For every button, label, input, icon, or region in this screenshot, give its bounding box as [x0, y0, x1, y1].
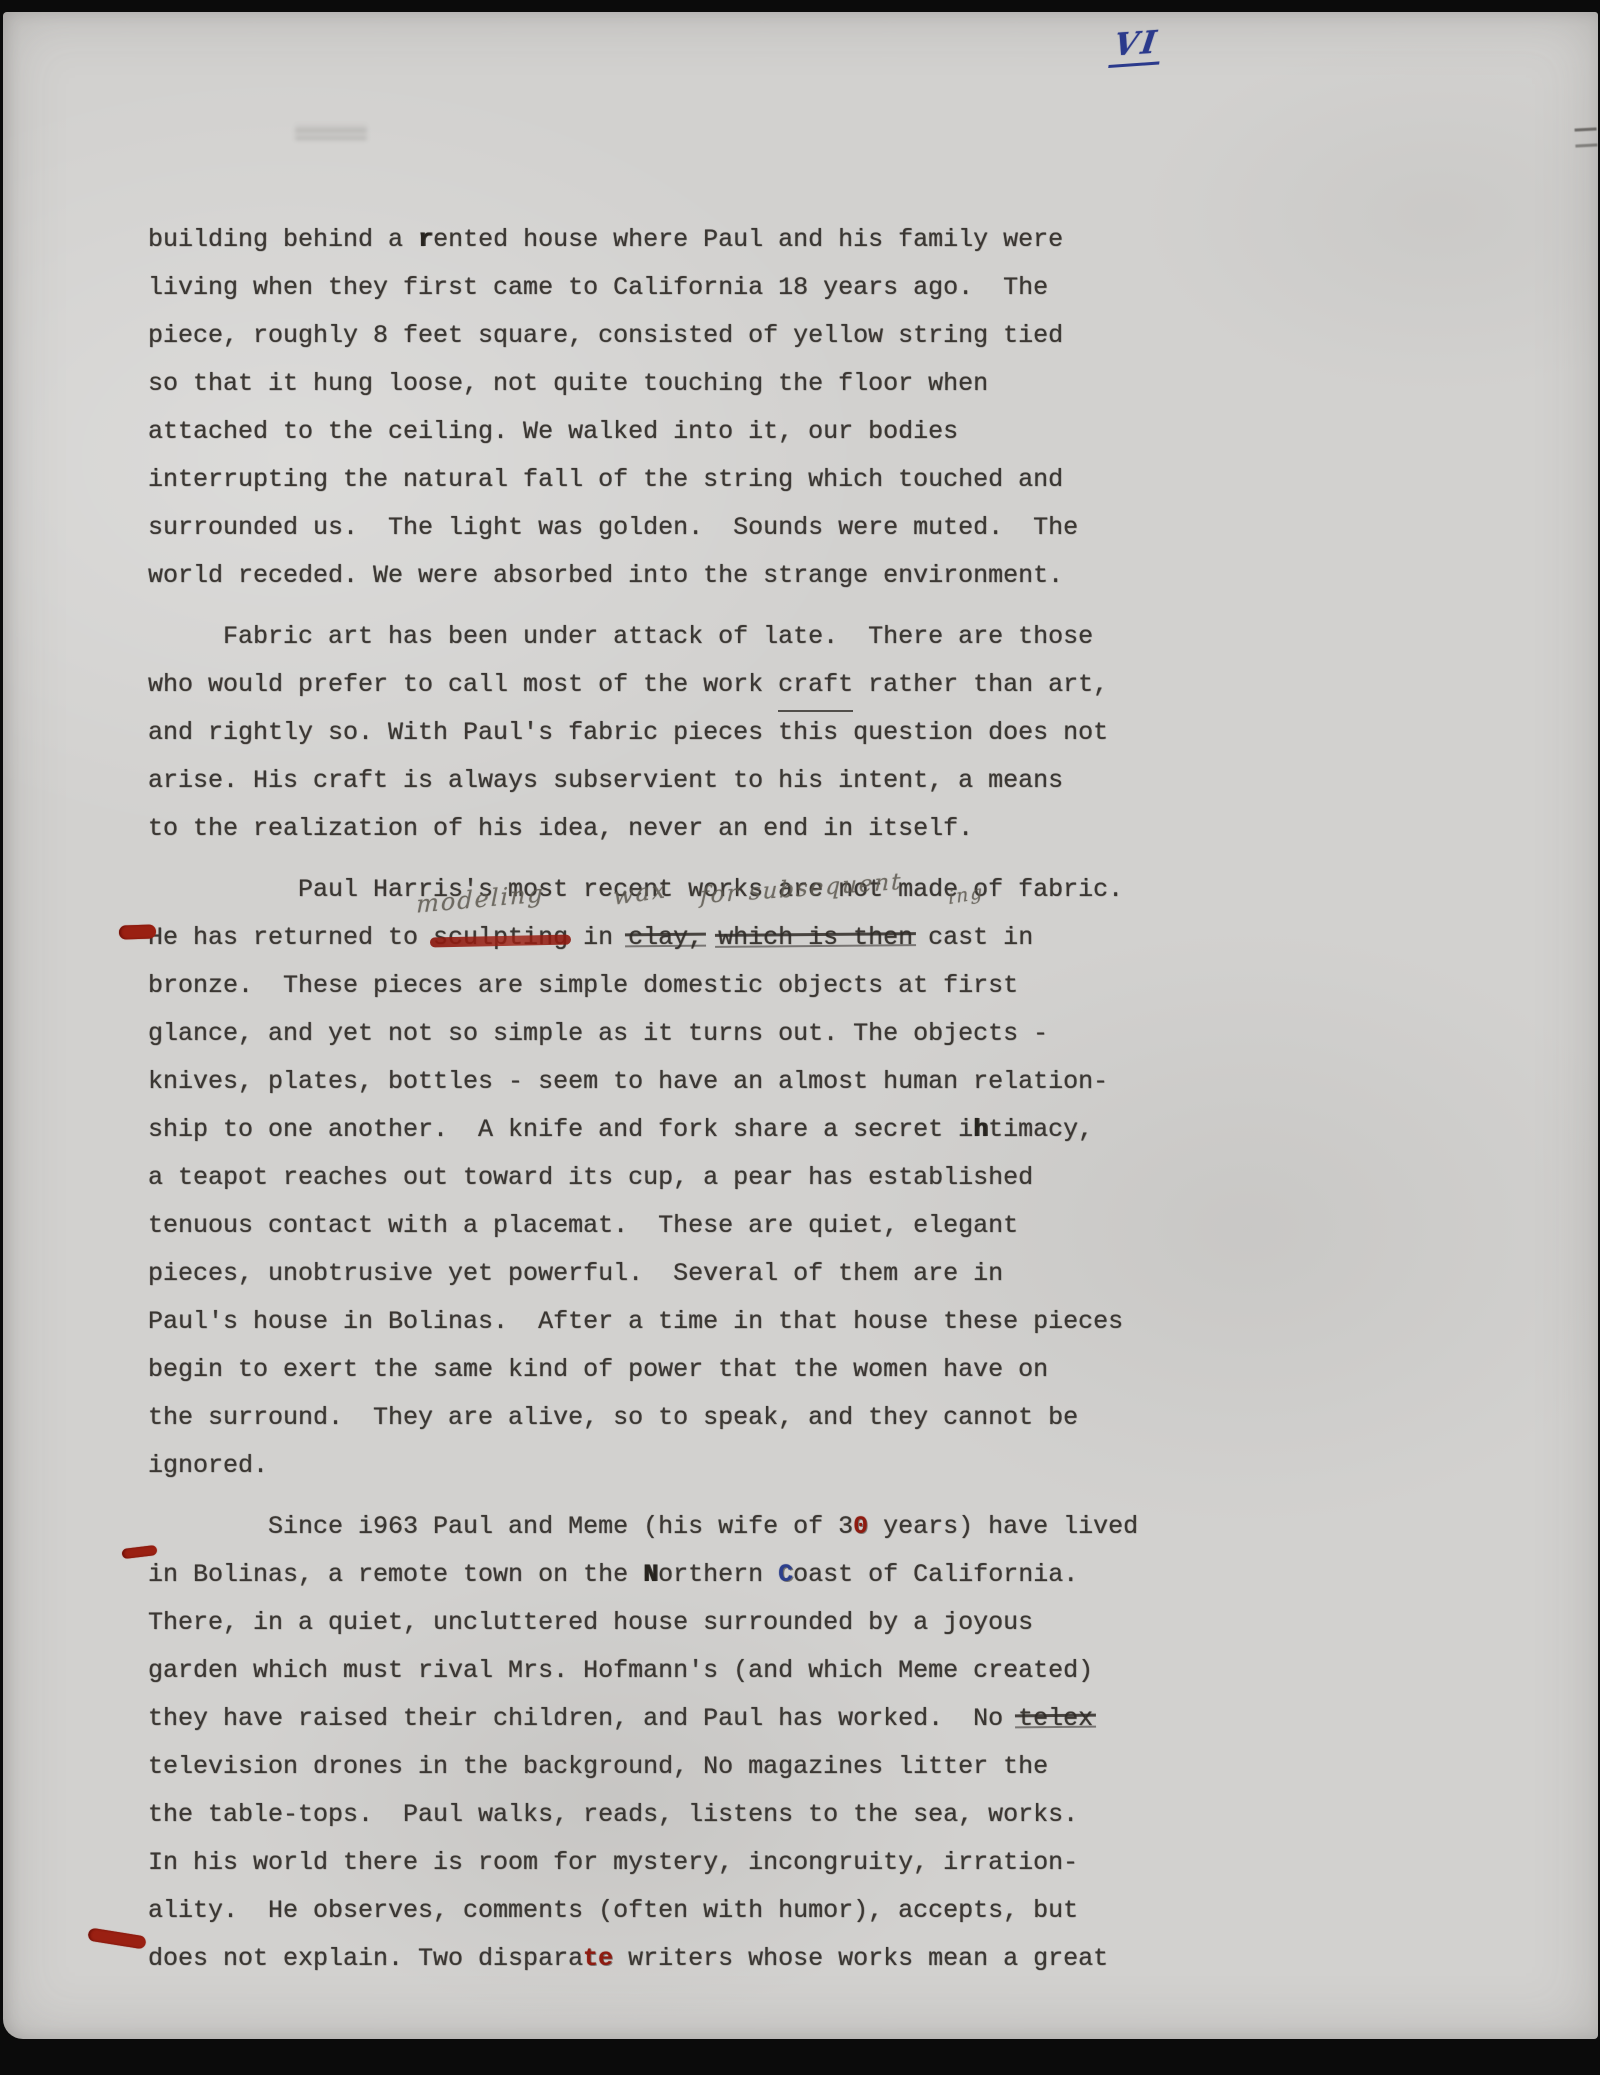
typed-text: Fabric art has been under attack of late… — [148, 613, 1093, 661]
typed-text: ented house where Paul and his family we… — [433, 216, 1063, 264]
typed-text: in — [568, 914, 628, 962]
overtyped-char: h — [973, 1106, 988, 1154]
scanned-typescript-page: { "annotations": { "page_number": "VI" }… — [0, 0, 1600, 2075]
typed-text: cast in — [913, 914, 1033, 962]
typed-text: begin to exert the same kind of power th… — [148, 1346, 1048, 1394]
typed-text: in Bolinas, a remote town on the — [148, 1551, 643, 1599]
overtyped-char: r — [418, 216, 433, 264]
red-overwrite: 0 — [853, 1503, 868, 1551]
typed-text: tenuous contact with a placemat. These a… — [148, 1202, 1018, 1250]
typed-text: to the realization of his idea, never an… — [148, 805, 973, 853]
paper-sheet: VI building behind a rented house where … — [3, 12, 1598, 2039]
typed-line: in Bolinas, a remote town on the Norther… — [148, 1551, 1328, 1599]
typed-line: so that it hung loose, not quite touchin… — [148, 360, 1328, 408]
typed-line: world receded. We were absorbed into the… — [148, 552, 1328, 600]
typed-line: There, in a quiet, uncluttered house sur… — [148, 1599, 1328, 1647]
overtyped-char: N — [643, 1551, 658, 1599]
typed-text: ignored. — [148, 1442, 268, 1490]
paragraph: Paul Harris's most recent works are not … — [148, 866, 1328, 1490]
typed-line: glance, and yet not so simple as it turn… — [148, 1010, 1328, 1058]
typed-text: so that it hung loose, not quite touchin… — [148, 360, 988, 408]
typed-line: bronze. These pieces are simple domestic… — [148, 962, 1328, 1010]
typed-line: they have raised their children, and Pau… — [148, 1695, 1328, 1743]
typed-text — [703, 914, 718, 962]
black-strikethrough-mark — [625, 933, 706, 948]
typed-line: surrounded us. The light was golden. Sou… — [148, 504, 1328, 552]
typed-text: the surround. They are alive, so to spea… — [148, 1394, 1078, 1442]
black-strikethrough-mark — [715, 932, 916, 948]
typed-line: to the realization of his idea, never an… — [148, 805, 1328, 853]
typed-line: ality. He observes, comments (often with… — [148, 1887, 1328, 1935]
red-margin-mark — [87, 1928, 146, 1950]
page-number-annotation: VI — [1108, 24, 1164, 68]
typed-line: the table-tops. Paul walks, reads, liste… — [148, 1791, 1328, 1839]
typed-text: the table-tops. Paul walks, reads, liste… — [148, 1791, 1078, 1839]
struck-word: clay, — [628, 914, 703, 962]
typed-line: does not explain. Two disparate writers … — [148, 1935, 1328, 1983]
typed-text: rather than art, — [853, 661, 1108, 709]
typed-text: a teapot reaches out toward its cup, a p… — [148, 1154, 1033, 1202]
paragraph: Since i963 Paul and Meme (his wife of 30… — [148, 1503, 1328, 1983]
typed-text: glance, and yet not so simple as it turn… — [148, 1010, 1048, 1058]
typed-line: pieces, unobtrusive yet powerful. Severa… — [148, 1250, 1328, 1298]
typed-text-block: building behind a rented house where Pau… — [148, 216, 1328, 1996]
typed-text: orthern — [658, 1551, 778, 1599]
typed-text: garden which must rival Mrs. Hofmann's (… — [148, 1647, 1093, 1695]
typed-text: ality. He observes, comments (often with… — [148, 1887, 1078, 1935]
handwritten-note: wax — [613, 877, 668, 909]
typed-text: ship to one another. A knife and fork sh… — [148, 1106, 973, 1154]
typed-text: world receded. We were absorbed into the… — [148, 552, 1063, 600]
typed-text: does not explain. Two dispara — [148, 1935, 583, 1983]
typed-line: garden which must rival Mrs. Hofmann's (… — [148, 1647, 1328, 1695]
typed-text: years) have lived — [868, 1503, 1138, 1551]
typed-text: He has returned to — [148, 914, 433, 962]
typed-text: pieces, unobtrusive yet powerful. Severa… — [148, 1250, 1003, 1298]
typed-line: who would prefer to call most of the wor… — [148, 661, 1328, 709]
black-strikethrough-mark — [1015, 1714, 1096, 1729]
typed-line: interrupting the natural fall of the str… — [148, 456, 1328, 504]
underlined-word: craft — [778, 661, 853, 712]
typed-line: ship to one another. A knife and fork sh… — [148, 1106, 1328, 1154]
typed-line: television drones in the background, No … — [148, 1743, 1328, 1791]
typed-line: the surround. They are alive, so to spea… — [148, 1394, 1328, 1442]
typed-text: living when they first came to Californi… — [148, 264, 1048, 312]
red-margin-mark — [119, 924, 156, 939]
blue-overwrite: C — [778, 1551, 793, 1599]
typed-line: building behind a rented house where Pau… — [148, 216, 1328, 264]
pencil-edge-mark — [1575, 127, 1598, 147]
struck-word: which is then — [718, 914, 913, 962]
typed-line: knives, plates, bottles - seem to have a… — [148, 1058, 1328, 1106]
typed-text: they have raised their children, and Pau… — [148, 1695, 1018, 1743]
typed-text: interrupting the natural fall of the str… — [148, 456, 1063, 504]
typed-line: Since i963 Paul and Meme (his wife of 30… — [148, 1503, 1328, 1551]
typed-text: Since i963 Paul and Meme (his wife of 3 — [148, 1503, 853, 1551]
typed-line: a teapot reaches out toward its cup, a p… — [148, 1154, 1328, 1202]
typed-line: In his world there is room for mystery, … — [148, 1839, 1328, 1887]
typed-text: bronze. These pieces are simple domestic… — [148, 962, 1018, 1010]
typed-line: begin to exert the same kind of power th… — [148, 1346, 1328, 1394]
red-strikethrough-mark — [430, 934, 571, 947]
typed-line: Fabric art has been under attack of late… — [148, 613, 1328, 661]
typed-text: and rightly so. With Paul's fabric piece… — [148, 709, 1108, 757]
typed-text: writers whose works mean a great — [613, 1935, 1108, 1983]
typed-text: Paul's house in Bolinas. After a time in… — [148, 1298, 1123, 1346]
typed-text: oast of California. — [793, 1551, 1078, 1599]
typed-text: building behind a — [148, 216, 418, 264]
typed-line: arise. His craft is always subservient t… — [148, 757, 1328, 805]
paragraph: Fabric art has been under attack of late… — [148, 613, 1328, 853]
typed-text: attached to the ceiling. We walked into … — [148, 408, 958, 456]
typed-text: knives, plates, bottles - seem to have a… — [148, 1058, 1108, 1106]
erased-smudge-mark — [295, 124, 367, 140]
typed-text: In his world there is room for mystery, … — [148, 1839, 1078, 1887]
typed-line: ignored. — [148, 1442, 1328, 1490]
red-struck-word: sculpting — [433, 914, 568, 962]
typed-line: and rightly so. With Paul's fabric piece… — [148, 709, 1328, 757]
typed-text: television drones in the background, No … — [148, 1743, 1048, 1791]
typed-line: piece, roughly 8 feet square, consisted … — [148, 312, 1328, 360]
paragraph: building behind a rented house where Pau… — [148, 216, 1328, 600]
typed-line: attached to the ceiling. We walked into … — [148, 408, 1328, 456]
typed-text: who would prefer to call most of the wor… — [148, 661, 778, 709]
typed-line: He has returned to sculpting in clay, wh… — [148, 914, 1328, 962]
typed-text: surrounded us. The light was golden. Sou… — [148, 504, 1078, 552]
typed-text: piece, roughly 8 feet square, consisted … — [148, 312, 1063, 360]
typed-text: There, in a quiet, uncluttered house sur… — [148, 1599, 1033, 1647]
typed-line: Paul's house in Bolinas. After a time in… — [148, 1298, 1328, 1346]
struck-word: telex — [1018, 1695, 1093, 1743]
typed-text: timacy, — [988, 1106, 1093, 1154]
typed-text: arise. His craft is always subservient t… — [148, 757, 1063, 805]
typed-line: tenuous contact with a placemat. These a… — [148, 1202, 1328, 1250]
red-overwrite: te — [583, 1935, 613, 1983]
typed-line: living when they first came to Californi… — [148, 264, 1328, 312]
